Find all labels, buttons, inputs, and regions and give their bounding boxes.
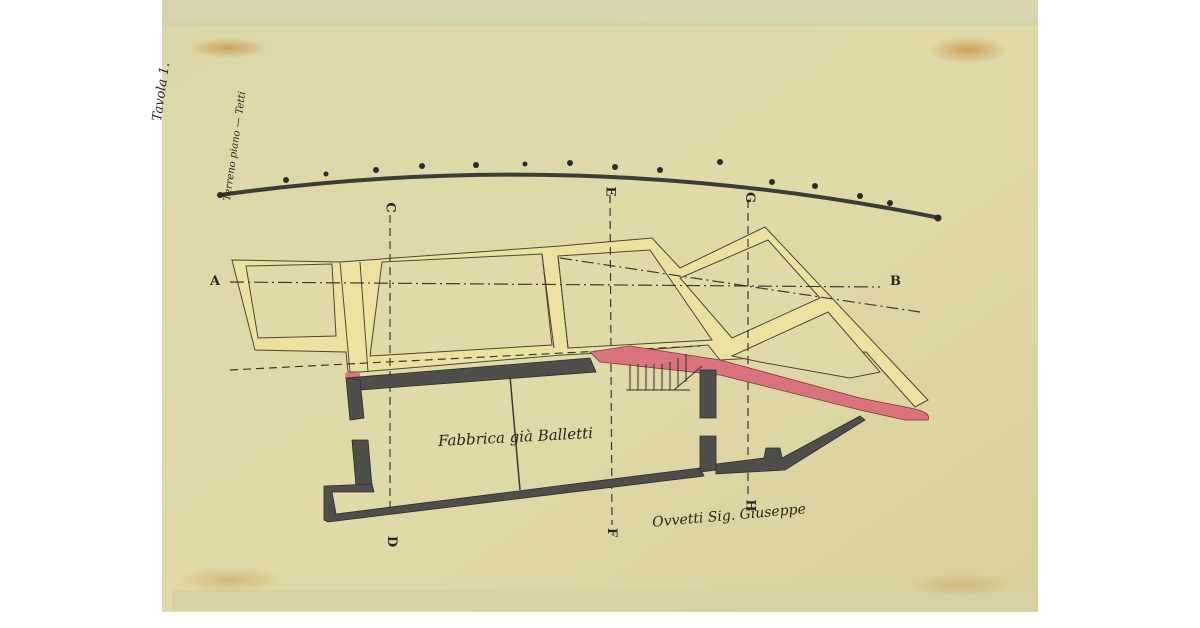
section-marker-b: B — [890, 274, 901, 289]
section-marker-g: G — [742, 192, 757, 203]
floor-plan-drawing — [160, 0, 1040, 614]
stain — [928, 36, 1008, 64]
stain — [175, 566, 285, 594]
section-marker-d: D — [384, 536, 399, 547]
stain — [905, 573, 1015, 597]
drawing-sheet: A B C D E F G H Tavola 1. Terreno piano … — [160, 0, 1040, 614]
section-marker-c: C — [383, 202, 398, 212]
section-marker-f: F — [604, 528, 619, 537]
section-marker-e: E — [602, 187, 617, 197]
section-marker-a: A — [210, 274, 220, 289]
stain — [188, 38, 268, 58]
